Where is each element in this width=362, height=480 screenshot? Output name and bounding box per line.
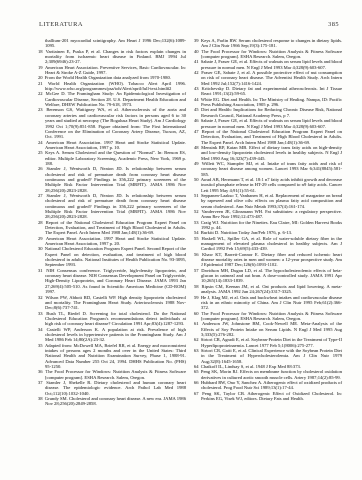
reference-entry-32: 32 Wilson PW, Abbott RD, Castelli WP. Hi… <box>38 295 186 311</box>
reference-number: 53 <box>194 220 201 225</box>
reference-entry-34: 34 Castelli WP, Anderson K. A population… <box>38 327 186 343</box>
reference-text: Ripsin CM, Keenan JM, et al. Oat product… <box>201 284 342 294</box>
reference-entry-51: 51 Seppanen-Laakso T, Vanhanen H, et al.… <box>194 193 342 209</box>
reference-number: 21 <box>38 81 48 86</box>
reference-number: 18 <box>38 49 46 54</box>
reference-text: Adapted from: McDowell MA, Briefel RR, e… <box>45 343 186 369</box>
reference-text: The Food Processor for Windows: Nutritio… <box>201 311 342 321</box>
reference-number: 58 <box>194 284 202 289</box>
reference-text: The Food Processor for Windows: Nutritio… <box>45 369 186 379</box>
reference-number: 41 <box>194 59 201 64</box>
reference-number: 27 <box>38 193 47 198</box>
reference-number: 47 <box>194 129 202 134</box>
reference-text: Seppanen-Laakso T, Vanhanen H, et al. Re… <box>201 193 342 209</box>
reference-text: Burkitt D. Nutrition Today Jan/Feb 1976,… <box>201 230 292 235</box>
reference-text: Stamler J, Wentworth D, Neaton JD. Is re… <box>45 193 186 219</box>
reference-text: American Heart Association. Preventive S… <box>45 65 186 75</box>
reference-entry-19: 19 American Heart Association. Preventiv… <box>38 65 186 76</box>
reference-entry-56: 56 Khaw KT, Barrett-Connor E. Dietary fi… <box>194 252 342 268</box>
reference-entry-65: 65 Peng SK, Morin RJ. Effects on membran… <box>194 369 342 380</box>
reference-entry-49: 49 Willett WC, Stampfer MJ, et al. Intak… <box>194 161 342 177</box>
reference-text: Davidson MH, Dugan LD, et al. The hypoch… <box>201 268 342 284</box>
reference-entry-26: 26 Stamler J, Wentworth D, Neaton JD. Is… <box>38 166 186 193</box>
reference-entry-18: 18 Vartiainen E, Puska P, et al. Changes… <box>38 49 186 65</box>
reference-text: Khaw KT, Barrett-Connor E. Dietary fiber… <box>201 252 342 268</box>
reference-text: Berenson GS, Wattigney WA, et al. Athero… <box>45 107 186 139</box>
reference-text: Haskell WL, Spiller GA, et al. Role of w… <box>201 236 342 252</box>
reference-entry-67: 67 Peng SK, Taylor CB. Atherogenic Effec… <box>194 391 342 402</box>
reference-text: Grundy SM. Cholesterol and coronary hear… <box>45 396 186 406</box>
reference-entry-22: 22 McGee D. The Framingham Study: An Epi… <box>38 91 186 107</box>
reference-entry-41: 41 Sabate J, Fraser GE, et al. Effects o… <box>194 59 342 70</box>
reference-text: Stamler J, Shekelle R. Dietary cholester… <box>45 380 186 396</box>
chapter-title: LITERATURA <box>39 21 83 28</box>
reference-entry-57: 57 Davidson MH, Dugan LD, et al. The hyp… <box>194 268 342 284</box>
reference-number: 64 <box>194 364 201 369</box>
reference-number: 30 <box>38 246 45 251</box>
reference-entry-35: 35 Adapted from: McDowell MA, Briefel RR… <box>38 343 186 370</box>
reference-entry-47: 47 Report of the National Cholesterol Ed… <box>194 129 342 145</box>
reference-entry-37: 37 Stamler J, Shekelle R. Dietary choles… <box>38 380 186 396</box>
reference-number: 38 <box>38 396 45 401</box>
reference-entry-46: 46 Sabate J, Fraser GE, et al. Effects o… <box>194 118 342 129</box>
reference-text: American Heart Association. 1997 Heart a… <box>45 140 186 150</box>
reference-text: Stamler J, Wentworth D, Neaton JD. Is re… <box>45 166 186 192</box>
reference-number: 46 <box>194 118 201 123</box>
reference-text: NIH Consensus conference. Triglyceride, … <box>45 268 186 294</box>
reference-number: 45 <box>194 107 201 112</box>
reference-number: 54 <box>194 230 201 235</box>
reference-text: Fraser GE, Sabate J, et al. A possible p… <box>201 70 342 86</box>
reference-text: The Food Processor for Windows: Nutritio… <box>201 49 342 59</box>
reference-number: 20 <box>38 75 45 80</box>
reference-entry-39: 39 Keys A, Parlin RW. Serum cholesterol … <box>194 38 342 49</box>
reference-entry-60: 60 The Food Processor for Windows: Nutri… <box>194 311 342 322</box>
reference-text: Chaikoff IL, Lindsay S, et al. 1948 J Ex… <box>201 364 301 369</box>
page-header: LITERATURA 385 <box>39 21 339 28</box>
reference-text: Sabate J, Fraser GE, et al. Effects of w… <box>201 59 342 69</box>
reference-number: 65 <box>194 369 201 374</box>
reference-entry-28: 28 Report of the National Cholesterol Ed… <box>38 220 186 236</box>
reference-number: 66 <box>194 380 201 385</box>
reference-number: 61 <box>194 321 202 326</box>
reference-entry-30: 30 National Cholesterol Education Progra… <box>38 246 186 267</box>
reference-text: National Cholesterol Education Program E… <box>45 246 186 267</box>
reference-number: 37 <box>38 380 46 385</box>
reference-number: 43 <box>194 86 202 91</box>
reference-number: 44 <box>194 97 201 102</box>
reference-column-left: thallium-201 myocardial scintigraphy. Am… <box>38 38 186 407</box>
reference-entry-55: 55 Haskell WL, Spiller GA, et al. Role o… <box>194 236 342 252</box>
reference-text: Diet and Health: Implications for Reduci… <box>201 107 342 117</box>
reference-text: McGee D. The Framingham Study: An Epidem… <box>45 91 186 107</box>
reference-entry-52: 52 Vanderveen JE, Glinsmann WH. Fat subs… <box>194 209 342 220</box>
reference-text: Keys A. Serum Cholesterol and the Questi… <box>45 150 186 166</box>
reference-number: 28 <box>38 220 46 225</box>
reference-text: Hubbard RW, Ono Y, Sanchez A. Atherogeni… <box>201 380 342 390</box>
book-page: LITERATURA 385 thallium-201 myocardial s… <box>0 0 362 480</box>
reference-text: Craig WJ. Nutrition for the Nineties. Ea… <box>201 220 342 230</box>
reference-number: 39 <box>194 38 201 43</box>
page-number: 385 <box>328 21 339 28</box>
reference-number: 29 <box>38 236 46 241</box>
reference-number: 19 <box>38 65 45 70</box>
reference-number: 62 <box>194 337 201 342</box>
reference-number: 59 <box>194 295 201 300</box>
reference-entry-45: 45 Diet and Health: Implications for Red… <box>194 107 342 118</box>
reference-number: 51 <box>194 193 201 198</box>
reference-entry-63: 63 Sirtori CR, Gatti E, et al. Clinical … <box>194 348 342 364</box>
reference-entry-38: 38 Grundy SM. Cholesterol and coronary h… <box>38 396 186 407</box>
reference-column-right: 39 Keys A, Parlin RW. Serum cholesterol … <box>194 38 342 407</box>
reference-number: 50 <box>194 177 201 182</box>
reference-text: Peng SK, Taylor CB. Atherogenic Effect o… <box>201 391 342 401</box>
reference-text: Willett WC, Stampfer MJ, et al. Intake o… <box>201 161 342 177</box>
reference-entry-62: 62 Sirtori CR, Agradi E, et al. Soybean-… <box>194 337 342 348</box>
reference-entry-continuation: thallium-201 myocardial scintigraphy. Am… <box>38 38 186 49</box>
reference-text: Report of the National Cholesterol Educa… <box>201 129 342 145</box>
reference-number: 35 <box>38 343 45 348</box>
reference-entry-50: 50 Awad AB, Herrmann T, et al. 18:1 n7 f… <box>194 177 342 193</box>
reference-text: Peng SK, Morin RJ. Effects on membrane f… <box>201 369 342 379</box>
reference-entry-43: 43 Kritchevsky D. Dietary fat and experi… <box>194 86 342 97</box>
reference-entry-31: 31 NIH Consensus conference. Triglycerid… <box>38 268 186 295</box>
reference-text: Bush TL, Riedel D. Screening for total c… <box>45 311 186 327</box>
reference-number: 49 <box>194 161 202 166</box>
reference-text: Vartiainen E, Puska P, et al. Changes in… <box>45 49 186 65</box>
reference-text: Anderson JW, Johnstone BM, Cook-Newell M… <box>201 321 342 337</box>
reference-number: 56 <box>194 252 202 257</box>
reference-entry-21: 21 World Health Organization (WHO). Toba… <box>38 81 186 92</box>
reference-number: 63 <box>194 348 201 353</box>
reference-entry-25: 25 Keys A. Serum Cholesterol and the Que… <box>38 150 186 166</box>
reference-text: Kritchevsky D. Dietary fat and experimen… <box>201 86 342 96</box>
reference-entry-23: 23 Berenson GS, Wattigney WA, et al. Ath… <box>38 107 186 139</box>
reference-text: thallium-201 myocardial scintigraphy. Am… <box>45 38 186 48</box>
reference-entry-61: 61 Anderson JW, Johnstone BM, Cook-Newel… <box>194 321 342 337</box>
reference-entry-44: 44 White EG. Diet and Health. In: The Mi… <box>194 97 342 108</box>
reference-entry-33: 33 Bush TL, Riedel D. Screening for tota… <box>38 311 186 327</box>
reference-number: 26 <box>38 166 47 171</box>
reference-text: White EG. Diet and Health. In: The Minis… <box>201 97 342 107</box>
reference-text: Sirtori CR, Agradi E, et al. Soybean-Pro… <box>201 337 342 347</box>
reference-text: He J, Klag MJ, et al. Oats and buckwheat… <box>201 295 342 311</box>
reference-text: Vanderveen JE, Glinsmann WH. Fat substit… <box>201 209 342 219</box>
reference-number: 67 <box>194 391 202 396</box>
reference-entry-42: 42 Fraser GE, Sabate J, et al. A possibl… <box>194 70 342 86</box>
reference-entry-40: 40 The Food Processor for Windows: Nutri… <box>194 49 342 60</box>
reference-text: Report of the National Cholesterol Educa… <box>45 220 186 236</box>
reference-entry-66: 66 Hubbard RW, Ono Y, Sanchez A. Atherog… <box>194 380 342 391</box>
reference-entry-59: 59 He J, Klag MJ, et al. Oats and buckwh… <box>194 295 342 311</box>
reference-number: 22 <box>38 91 46 96</box>
reference-text: Wilson PW, Abbott RD, Castelli WP. High … <box>45 295 186 311</box>
reference-text: Keys A, Parlin RW. Serum cholesterol res… <box>201 38 342 48</box>
reference-entry-48: 48 Mensink RP, Katan MB. Effect of dieta… <box>194 145 342 161</box>
reference-number: 24 <box>38 140 46 145</box>
reference-text: Sirtori CR, Gatti E, et al. Clinical Exp… <box>201 348 342 364</box>
reference-entry-58: 58 Ripsin CM, Keenan JM, et al. Oat prod… <box>194 284 342 295</box>
reference-entry-36: 36 The Food Processor for Windows: Nutri… <box>38 369 186 380</box>
reference-text: Sabate J, Fraser GE, et al. Effects of w… <box>201 118 342 128</box>
reference-text: Castelli WP, Anderson K. A population at… <box>45 327 186 343</box>
reference-text: World Health Organization (WHO). Tobacco… <box>45 81 186 91</box>
reference-entry-29: 29 American Heart Association. 1997 Hear… <box>38 236 186 247</box>
reference-number: 34 <box>38 327 47 332</box>
reference-text: Mensink RP, Katan MB. Effect of dietary … <box>201 145 342 161</box>
reference-entry-27: 27 Stamler J, Wentworth D, Neaton JD. Is… <box>38 193 186 220</box>
reference-text: American Heart Association. 1997 Heart a… <box>45 236 186 246</box>
reference-entry-24: 24 American Heart Association. 1997 Hear… <box>38 140 186 151</box>
reference-entry-53: 53 Craig WJ. Nutrition for the Nineties.… <box>194 220 342 231</box>
reference-text: From the World Health Organization data … <box>45 75 171 80</box>
reference-text: Awad AB, Herrmann T, et al. 18:1 n7 fatt… <box>201 177 342 193</box>
reference-columns: thallium-201 myocardial scintigraphy. Am… <box>38 38 342 407</box>
